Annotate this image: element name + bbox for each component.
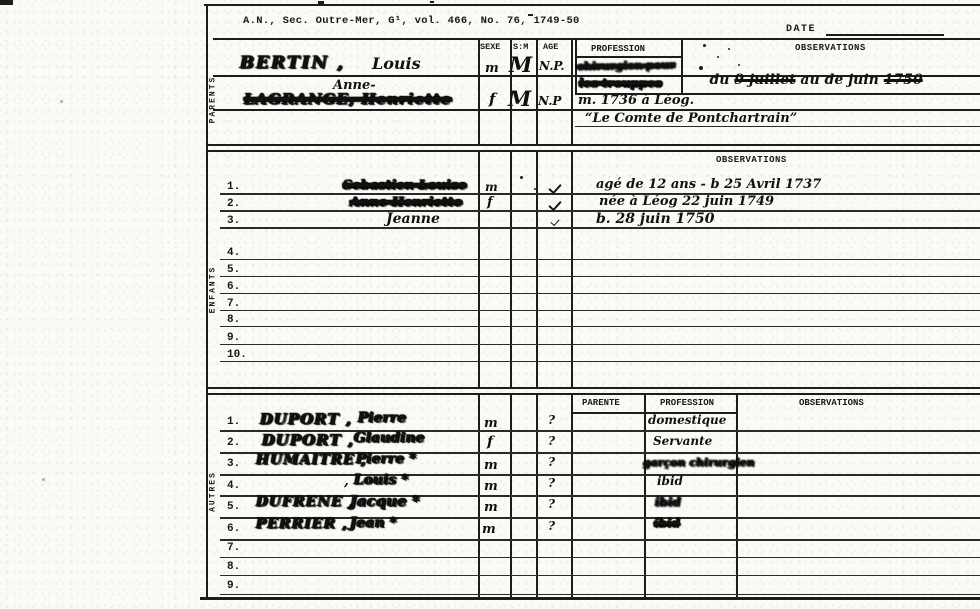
autre-surname: PERRIER , [256,516,348,532]
ink-splatter [728,48,730,50]
rule [213,38,980,40]
rule [220,344,980,345]
rule [220,575,980,576]
autre-age: ? [548,455,555,469]
autre-age: ? [548,497,555,511]
rule [220,361,980,362]
rule [575,126,980,127]
col-header-observations: OBSERVATIONS [795,43,866,53]
mother-observations-line1: m. 1736 à Léog. [578,93,694,108]
autre-profession: Servante [653,434,712,448]
enfant-row-number: 10. [227,349,247,361]
enfant-name: Anne Henriette [350,195,462,210]
mother-observations-line2: “Le Comte de Pontchartrain” [585,111,797,126]
autre-profession: ibid [655,495,681,509]
autre-sexe: m [482,522,496,537]
rule [220,539,980,541]
rule [681,38,683,93]
autre-surname: HUMAITRE , [256,452,367,468]
rule [510,395,512,598]
autre-row-number: 1. [227,416,240,428]
autre-surname: DUPORT , [262,431,354,449]
autre-given-name: Jacque * [350,492,420,510]
father-sexe-value: m [485,61,499,76]
autre-row-number: 8. [227,561,240,573]
col-header-profession: PROFESSION [591,44,645,54]
rule [220,326,980,327]
autre-row-number: 4. [227,480,240,492]
enfant-row-number: 5. [227,264,240,276]
section-label-autres: AUTRES [209,457,218,527]
autre-sexe: f [487,434,493,450]
scan-artifact [0,0,13,5]
autre-sexe: m [484,458,498,473]
autre-row-number: 6. [227,523,240,535]
rule [220,557,980,558]
section-label-enfants: ENFANTS [209,255,218,325]
rule [571,395,573,598]
rule [575,56,682,58]
rule [220,276,980,277]
autre-profession: ibid [657,474,683,488]
enfant-row-number: 8. [227,314,240,326]
scan-smudge [60,100,63,103]
rule [207,144,980,146]
enfant-row-number: 1. [227,181,240,193]
enfant-row-number: 6. [227,281,240,293]
rule [220,594,980,595]
autre-row-number: 3. [227,458,240,470]
form-bottom-border [200,597,980,600]
archive-reference: A.N., Sec. Outre-Mer, G¹, vol. 466, No. … [243,15,580,27]
autre-row-number: 9. [227,580,240,592]
col-header-age: AGE [543,42,558,52]
father-sm-value: M [509,52,532,77]
mother-age-value: N.P [538,94,561,108]
autre-given-name: Glaudine [354,430,425,446]
enfant-observations: née à Léog 22 juin 1749 [599,194,774,209]
enfant-sexe: f [487,195,493,210]
father-surname: BERTIN , [240,53,345,73]
father-observations: du 9 juillet au de juin 1750 [690,56,923,104]
form-top-border [204,4,980,6]
autre-row-number: 7. [227,542,240,554]
rule [736,395,738,598]
col-header-observations-autres: OBSERVATIONS [799,398,864,408]
autre-sexe: m [484,500,498,515]
enfant-sexe: m [485,180,498,194]
ink-splatter [520,176,523,179]
autre-given-name: Louis * [354,472,409,488]
col-header-profession-autres: PROFESSION [660,398,714,408]
autre-age: ? [548,413,555,427]
mother-sexe-value: f [489,90,495,108]
rule [536,38,538,144]
autre-given-name: Jean * [350,515,397,531]
genealogy-form-scan: A.N., Sec. Outre-Mer, G¹, vol. 466, No. … [0,0,980,609]
autre-row-number: 5. [227,501,240,513]
obs-text: du [710,72,735,88]
ink-splatter [703,44,706,47]
mother-sm-value: M [508,86,531,111]
rule [478,38,480,144]
autre-row-number: 2. [227,437,240,449]
rule [536,395,538,598]
rule [220,227,980,229]
check-mark [550,217,559,226]
autre-age: ? [548,519,555,533]
rule [207,387,980,389]
autre-surname: DUFRENE , [256,494,355,510]
autre-surname: DUPORT , [260,410,352,428]
rule [220,259,980,260]
col-header-parente: PARENTE [582,398,620,408]
rule [220,293,980,294]
rule [510,152,512,387]
enfant-observations: agé de 12 ans - b 25 Avril 1737 [596,177,821,192]
enfant-observations: b. 28 juin 1750 [596,211,714,227]
rule [536,152,538,387]
autre-age: ? [548,434,555,448]
rule [220,474,980,476]
autre-profession: domestique [648,413,726,427]
rule [207,150,980,152]
autre-profession: garçon chirurgien [643,456,755,469]
autre-sexe: m [484,479,498,494]
enfant-row-number: 4. [227,247,240,259]
date-underline [826,34,944,36]
col-header-sm: S:M [513,42,528,52]
enfants-observations-header: OBSERVATIONS [716,155,787,165]
autre-age: ? [548,476,555,490]
father-profession-struck-line2: les trouppes [579,76,662,90]
rule [571,152,573,387]
enfant-row-number: 7. [227,298,240,310]
mother-name-struck: LAGRANGE, Henriette [244,90,452,108]
rule [571,38,573,144]
enfant-row-number: 2. [227,198,240,210]
father-age-value: N.P. [539,59,565,73]
autre-given-name: Pierre [358,410,406,426]
enfant-row-number: 9. [227,332,240,344]
enfant-row-number: 3. [227,215,240,227]
rule [220,310,980,311]
scan-smudge [42,478,45,481]
father-given-name: Louis [372,54,421,73]
col-header-sexe: SEXE [480,42,500,52]
date-label: DATE [786,24,816,35]
obs-struck-text: 1750 [884,72,923,88]
rule [644,395,646,598]
autre-given-name: Pierre * [356,451,417,467]
autre-surname: , [344,473,349,489]
rule [207,393,980,395]
rule [478,395,480,598]
enfant-name: Sebastien Louise [343,178,466,193]
obs-text: au de juin [796,72,884,88]
father-profession-struck-line1: chirurgien pour [577,58,675,73]
enfant-name: Jeanne [386,211,440,227]
rule [478,152,480,387]
obs-struck-text: 9 juillet [734,72,795,88]
autre-profession: ibid [654,516,680,530]
autre-sexe: m [484,416,498,431]
scan-artifact [430,1,434,3]
